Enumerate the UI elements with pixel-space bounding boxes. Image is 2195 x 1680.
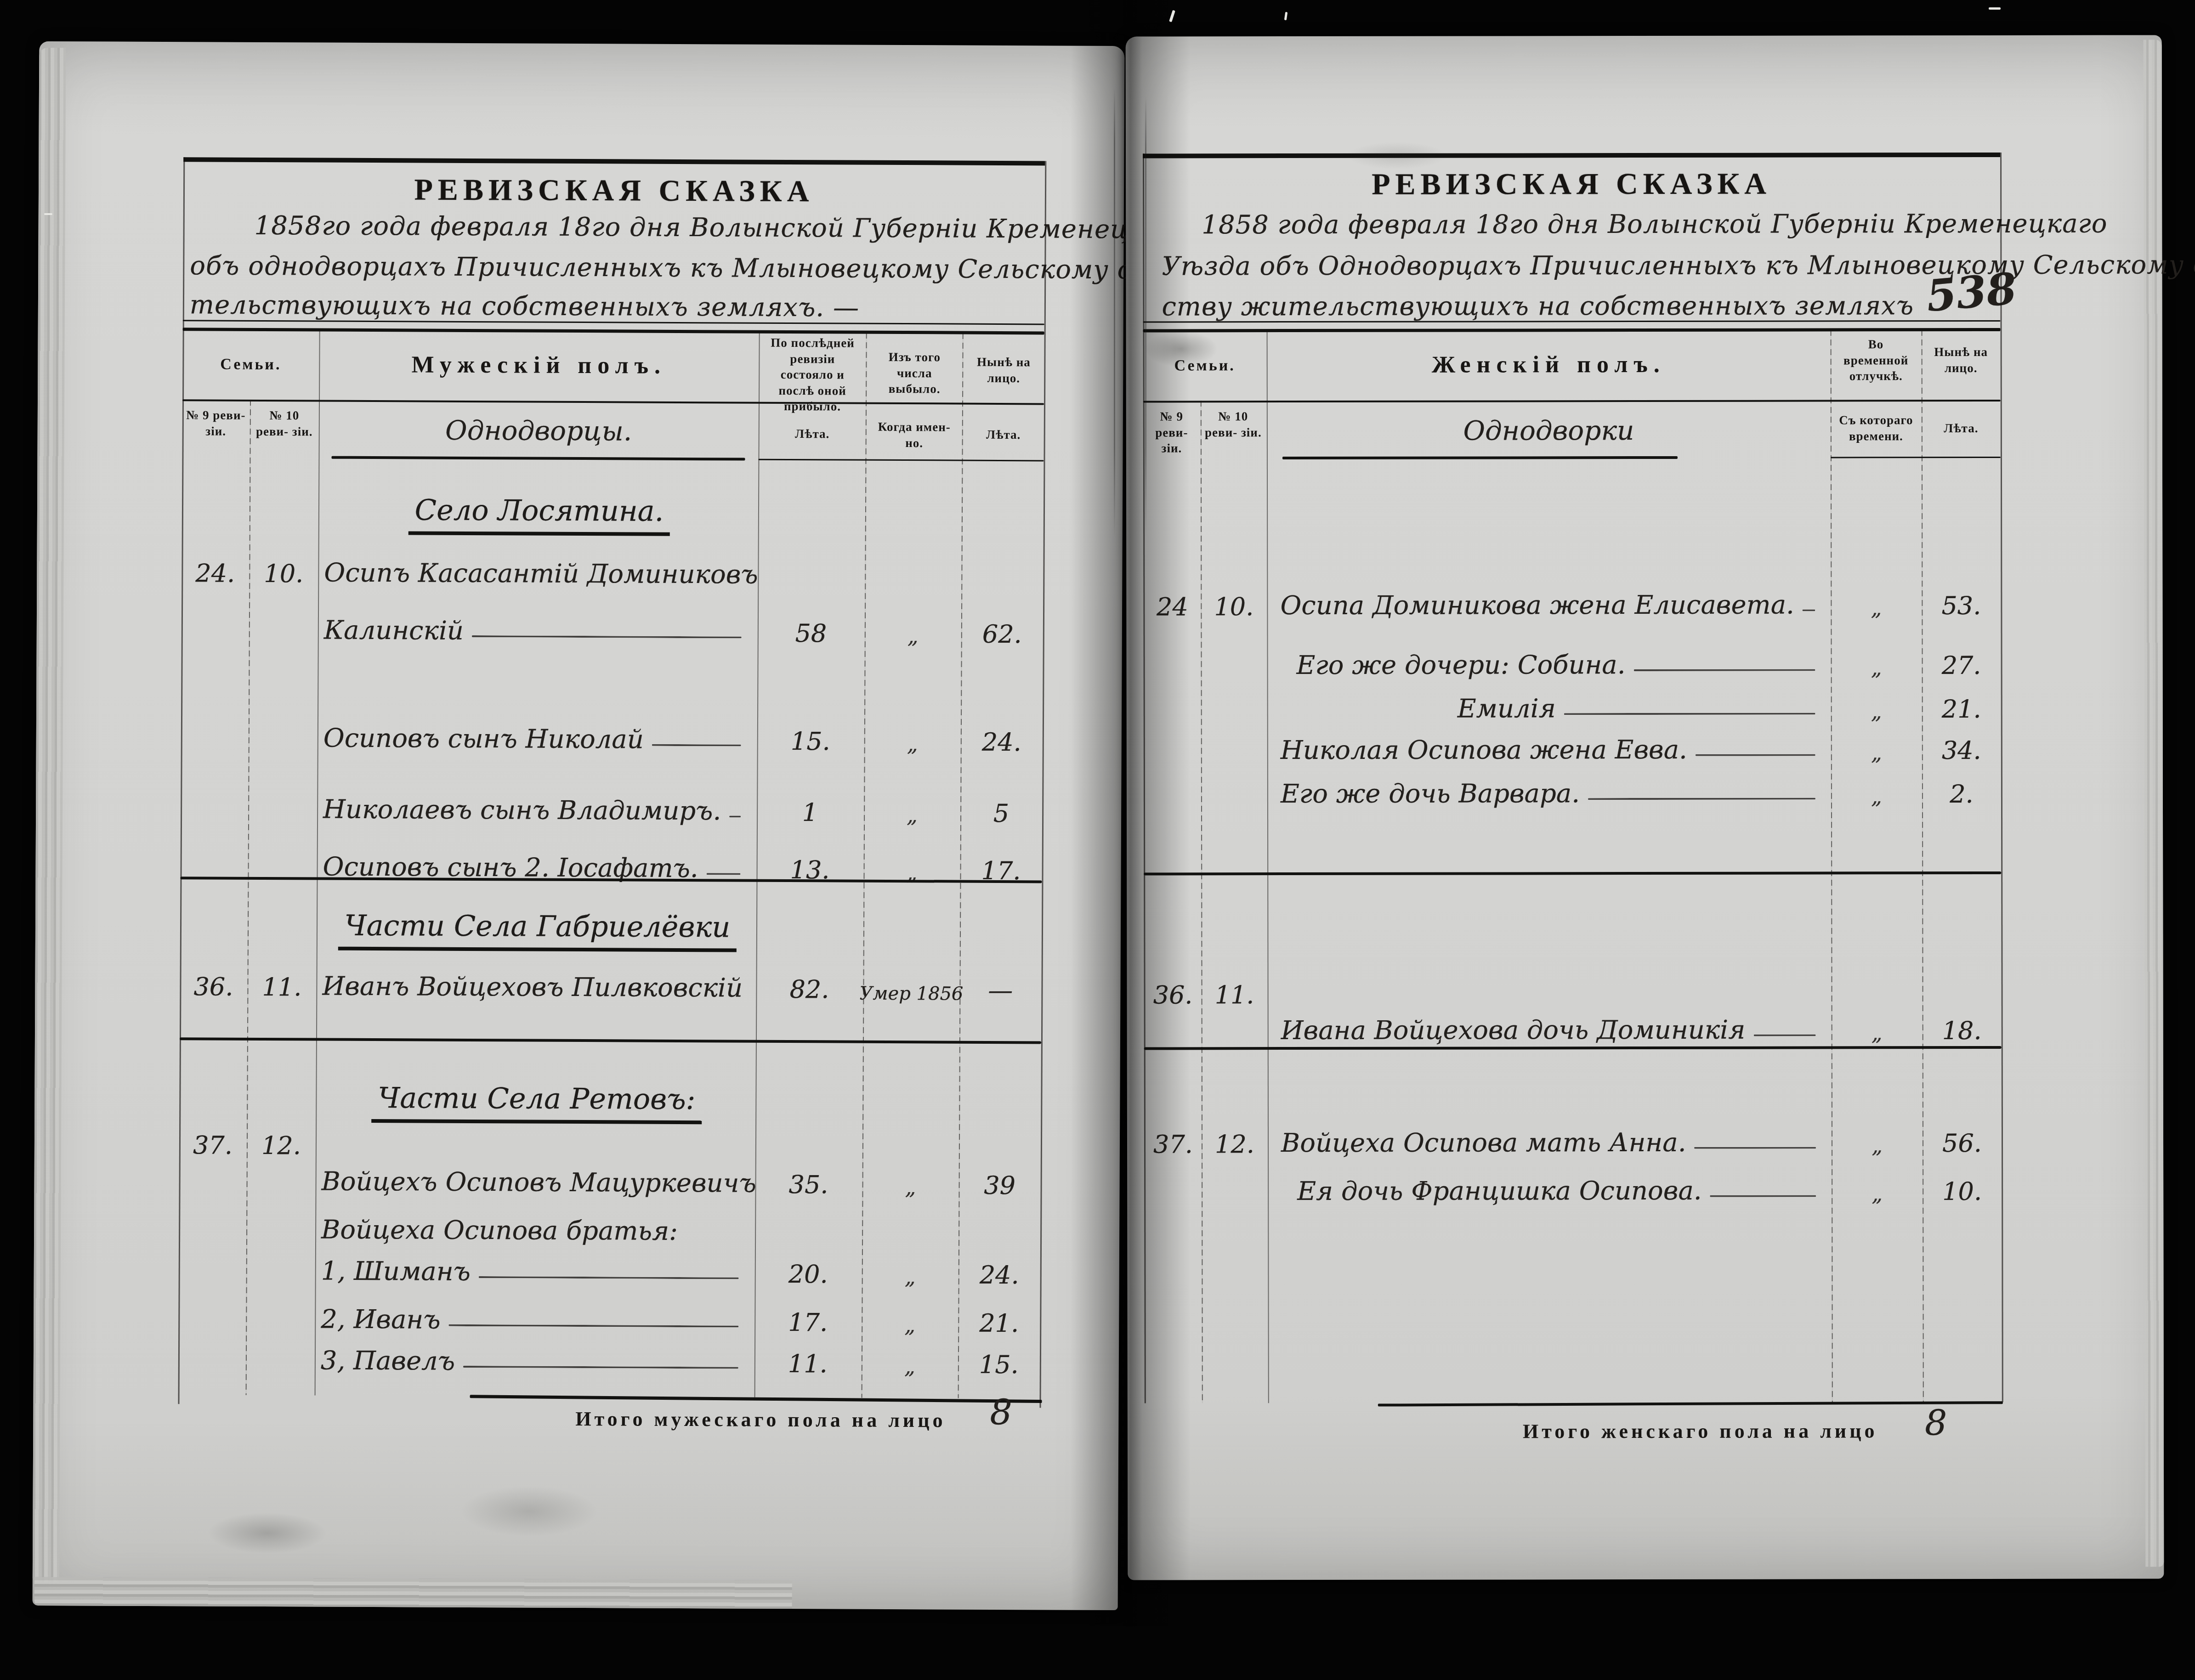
departed-note: „ <box>853 623 973 649</box>
person-name: Осиповъ сынъ Николай <box>323 724 644 761</box>
age-now: 18. <box>1916 1016 2008 1045</box>
table-row: 37.12.Войцеха Осипова мать Анна.„56. <box>1127 1117 2163 1164</box>
fold-crease <box>1145 96 1146 537</box>
subheader-underline <box>1831 457 2001 458</box>
dust-speck <box>1169 10 1175 23</box>
age-now: 53. <box>1915 591 2007 620</box>
departed-note: „ <box>850 1354 970 1379</box>
dash-filler <box>729 815 741 817</box>
section-heading-text: Село Лосятина. <box>408 493 670 536</box>
age-now: 10. <box>1916 1177 2008 1206</box>
dust-speck <box>1989 7 2001 10</box>
dust-speck <box>44 213 52 215</box>
person-name: Осипъ Касасантій Доминиковъ <box>324 559 758 596</box>
age-last-revision: 35. <box>758 1170 859 1199</box>
subheader-since-when: Съ котораго времени. <box>1834 412 1918 444</box>
section-heading: Части Села Габриелёвки <box>323 909 752 961</box>
col-header-family: Семьи. <box>182 354 319 375</box>
intro-line-2: Уѣзда объ Однодворцахъ Причисленныхъ къ … <box>1162 250 2195 281</box>
col-header-male-sex: Мужескій полъ. <box>319 350 759 382</box>
departed-note: „ <box>850 1312 970 1338</box>
age-now: 21. <box>953 1309 1045 1338</box>
table-row: Ея дочь Францишка Осипова.„10. <box>1127 1165 2163 1212</box>
dash-filler <box>652 744 741 747</box>
rev10-number: 12. <box>249 1131 313 1160</box>
col-header-now-present: Нынѣ на лицо. <box>1925 344 1997 376</box>
section-heading-text: Части Села Габриелёвки <box>338 909 737 952</box>
rev9-number: 37. <box>1141 1130 1205 1159</box>
person-name: Николая Осипова жена Евва. <box>1281 736 1687 771</box>
age-now: — <box>954 976 1046 1005</box>
subheader-years: Лѣта. <box>966 427 1041 443</box>
dash-filler <box>479 1276 739 1279</box>
total-value-female: 8 <box>1925 1402 1947 1443</box>
col-header-rev10: № 10 реви- зіи. <box>1202 408 1264 440</box>
col-header-departed: Изъ того числа выбыло. <box>869 349 959 397</box>
dash-filler <box>1694 1147 1816 1148</box>
name-cell: 2, Иванъ <box>321 1295 750 1342</box>
total-label-male: Итого мужескаго пола на лицо <box>575 1407 946 1432</box>
name-cell: Николая Осипова жена Евва. <box>1281 724 1827 771</box>
name-cell: Иванъ Войцеховъ Пилвковскій <box>322 962 752 1009</box>
table-row: Войцехъ Осиповъ Мацуркевичъ35.„39 <box>34 1155 1119 1206</box>
col-header-female-sex: Женскій полъ. <box>1267 349 1831 380</box>
age-last-revision: 1 <box>760 798 861 827</box>
ink-smudge <box>460 1486 598 1537</box>
age-last-revision: 15. <box>760 727 861 756</box>
table-row: Николая Осипова жена Евва.„34. <box>1127 724 2163 771</box>
person-name: Калинскій <box>324 617 464 652</box>
person-name: Войцехъ Осиповъ Мацуркевичъ <box>321 1168 756 1205</box>
name-cell: Осиповъ сынъ 2. Іосафатъ. <box>323 842 752 890</box>
col-header-temporary-absence: Во временной отлучкѣ. <box>1834 336 1918 384</box>
table-row: Его же дочери: Собина.„27. <box>1126 639 2162 686</box>
table-row: Осиповъ сынъ Николай15.„24. <box>36 712 1122 763</box>
table-row: Емилія„21. <box>1127 683 2163 730</box>
left-table-body: Село Лосятина.24.10.Осипъ Касасантій Дом… <box>39 41 1124 46</box>
subheader-years: Лѣта. <box>1925 420 1997 436</box>
name-cell: 1, Шиманъ <box>321 1246 751 1294</box>
dash-filler <box>1710 1195 1816 1197</box>
fold-crease <box>1114 87 1115 537</box>
table-row: Калинскій58„62. <box>37 604 1122 655</box>
age-now: 2. <box>1916 780 2008 809</box>
col-header-family: Семьи. <box>1143 356 1267 376</box>
dash-filler <box>463 1366 738 1369</box>
table-row: Николаевъ сынъ Владимиръ.1„5 <box>36 783 1121 834</box>
rev9-number: 36. <box>181 972 245 1001</box>
age-now: 15. <box>953 1350 1045 1380</box>
name-cell: Его же дочери: Собина. <box>1296 639 1827 686</box>
name-cell: Калинскій <box>324 605 754 653</box>
rev10-number: 10. <box>1202 592 1266 621</box>
group-label-odnodvortsy: Однодворцы. <box>319 413 759 449</box>
table-row: 1, Шиманъ20.„24. <box>34 1245 1119 1295</box>
age-last-revision: 11. <box>757 1349 858 1379</box>
departed-note: „ <box>853 731 972 757</box>
person-name: 3, Павелъ <box>321 1347 455 1382</box>
col-header-last-revision: По послѣдней ревизіи состояло и послѣ он… <box>763 335 862 415</box>
rev9-number: 24 <box>1140 592 1204 621</box>
person-name: Осиповъ сынъ 2. Іосафатъ. <box>323 853 698 889</box>
age-now: 39 <box>953 1171 1045 1200</box>
ink-smudge <box>207 1512 327 1554</box>
scanned-book-photo: { "document_type": "Ревизская сказка 185… <box>0 0 2195 1680</box>
person-name: Осипа Доминикова жена Елисавета. <box>1280 591 1794 627</box>
person-name: Николаевъ сынъ Владимиръ. <box>323 796 721 832</box>
dash-filler <box>472 635 742 639</box>
name-cell: Войцеха Осипова братья: <box>321 1205 751 1253</box>
age-now: 56. <box>1916 1129 2008 1158</box>
name-cell: Николаевъ сынъ Владимиръ. <box>323 785 753 832</box>
age-last-revision: 20. <box>758 1260 859 1289</box>
page-number: 538 <box>1924 264 2019 322</box>
intro-line-1: 1858 года февраля 18го дня Волынской Губ… <box>1202 209 2107 240</box>
dash-filler <box>707 873 741 875</box>
rev10-number: 11. <box>1202 980 1267 1009</box>
person-name: Иванъ Войцеховъ Пилвковскій <box>322 973 743 1009</box>
table-row: Осиповъ сынъ 2. Іосафатъ.13.„17. <box>35 841 1121 891</box>
rev9-number: 36. <box>1141 980 1205 1009</box>
age-now: 24. <box>953 1261 1045 1290</box>
table-row: 3, Павелъ11.„15. <box>34 1335 1119 1385</box>
rev10-number: 12. <box>1202 1130 1267 1159</box>
col-header-now-present: Нынѣ на лицо. <box>966 354 1041 386</box>
total-label-female: Итого женскаго пола на лицо <box>1523 1419 1878 1443</box>
dash-filler <box>449 1324 739 1328</box>
departed-note: „ <box>851 1264 970 1290</box>
person-name: Емилія <box>1458 695 1556 730</box>
col-header-rev9: № 9 реви- зіи. <box>185 407 247 439</box>
name-cell: Осиповъ сынъ Николай <box>323 713 753 761</box>
group-label-odnodvorki: Однодворки <box>1267 413 1831 448</box>
name-cell: Емилія <box>1458 683 1827 730</box>
dust-speck <box>1284 12 1288 21</box>
departed-note: „ <box>851 1175 970 1200</box>
intro-line-3: тельствующихъ на собственныхъ земляхъ. — <box>190 290 859 322</box>
page-title: РЕВИЗСКАЯ СКАЗКА <box>1143 166 2000 203</box>
rev10-number: 10. <box>251 559 316 588</box>
intro-line-3: ству жительствующихъ на собственныхъ зем… <box>1162 291 1914 322</box>
dash-filler <box>1634 669 1815 671</box>
age-last-revision: 58 <box>760 619 862 648</box>
age-now: 62. <box>956 620 1048 649</box>
table-row: Его же дочь Варвара.„2. <box>1127 768 2163 815</box>
name-cell: Ея дочь Францишка Осипова. <box>1297 1165 1828 1212</box>
person-name: 1, Шиманъ <box>321 1257 471 1293</box>
person-name: Войцеха Осипова мать Анна. <box>1281 1129 1686 1164</box>
departed-note: Умер 1856 <box>851 983 971 1005</box>
name-cell: Войцехъ Осиповъ Мацуркевичъ <box>321 1157 751 1205</box>
age-last-revision: 82. <box>759 975 860 1004</box>
page-title: РЕВИЗСКАЯ СКАЗКА <box>183 171 1045 210</box>
dash-filler <box>1696 754 1815 756</box>
age-last-revision: 17. <box>757 1308 858 1337</box>
rev9-number: 37. <box>181 1131 245 1160</box>
dash-filler <box>1803 609 1815 611</box>
table-row: 36.11.Иванъ Войцеховъ Пилвковскій82.Умер… <box>35 960 1120 1011</box>
name-cell: Осипъ Касасантій Доминиковъ <box>324 548 754 596</box>
name-cell: Осипа Доминикова жена Елисавета. <box>1280 580 1827 627</box>
person-name: Его же дочь Варвара. <box>1281 780 1580 815</box>
dash-filler <box>1753 1034 1815 1036</box>
group-underline <box>1282 456 1678 459</box>
person-name: Ея дочь Францишка Осипова. <box>1297 1177 1702 1212</box>
table-row: Ивана Войцехова дочь Доминикія„18. <box>1127 1004 2163 1052</box>
col-header-rev10: № 10 реви- зіи. <box>253 407 316 440</box>
subheader-when-exactly: Когда имен- но. <box>869 419 959 451</box>
age-now: 5 <box>955 799 1047 828</box>
col-header-rev9: № 9 реви- зіи. <box>1145 408 1199 456</box>
departed-note: „ <box>852 803 972 828</box>
name-cell: Войцеха Осипова мать Анна. <box>1281 1117 1828 1164</box>
rev10-number: 11. <box>250 973 314 1002</box>
table-row: 2410.Осипа Доминикова жена Елисавета.„53… <box>1126 579 2162 627</box>
name-cell: Его же дочь Варвара. <box>1281 768 1827 815</box>
age-now: 21. <box>1916 695 2008 724</box>
section-heading: Село Лосятина. <box>324 493 754 545</box>
right-page: РЕВИЗСКАЯ СКАЗКА 1858 года февраля 18го … <box>1126 35 2164 1580</box>
dash-filler <box>1588 798 1815 800</box>
age-now: 34. <box>1916 736 2008 765</box>
total-value-male: 8 <box>990 1392 1012 1432</box>
name-cell: 3, Павелъ <box>321 1336 750 1384</box>
section-heading-text: Части Села Ретовъ: <box>371 1081 702 1124</box>
person-name: Его же дочери: Собина. <box>1297 651 1626 686</box>
rev9-number: 24. <box>183 559 247 588</box>
name-cell: Ивана Войцехова дочь Доминикія <box>1281 1005 1828 1052</box>
table-row: 24.10.Осипъ Касасантій Доминиковъ <box>37 547 1122 597</box>
age-now: 27. <box>1916 651 2008 680</box>
subheader-years: Лѣта. <box>763 426 862 442</box>
age-now: 24. <box>956 728 1048 757</box>
dash-filler <box>1564 713 1815 715</box>
right-table-body: 2410.Осипа Доминикова жена Елисавета.„53… <box>1126 35 2162 36</box>
left-page: РЕВИЗСКАЯ СКАЗКА 1858го года февраля 18г… <box>33 41 1125 1610</box>
